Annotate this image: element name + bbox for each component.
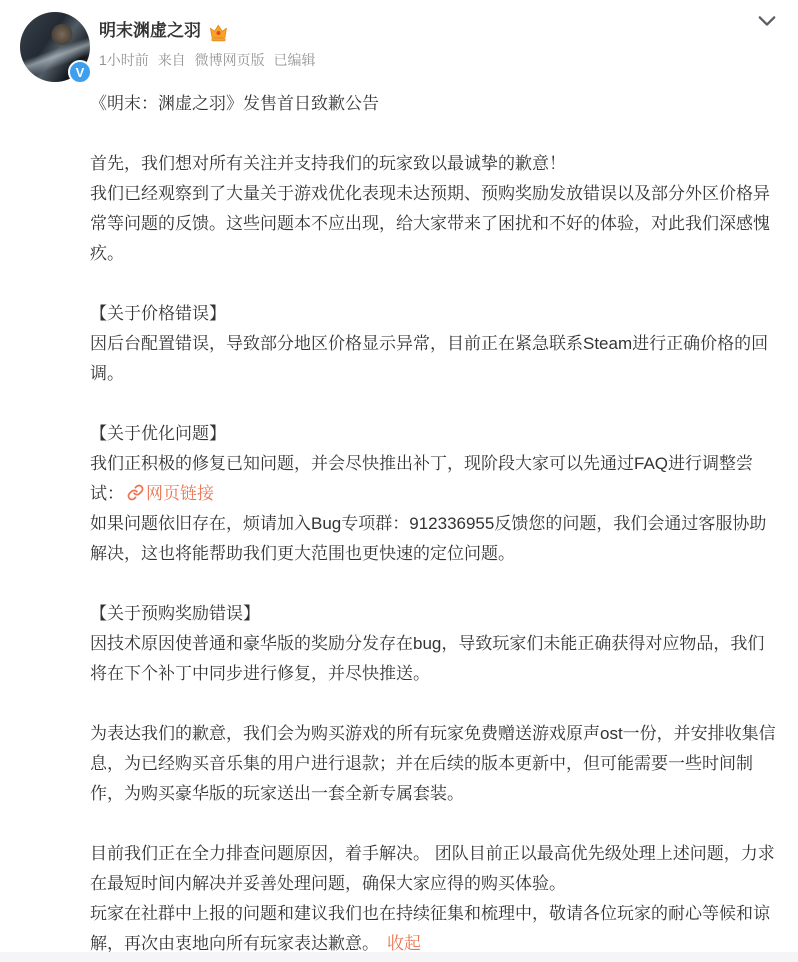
post-text: 我们已经观察到了大量关于游戏优化表现未达预期、预购奖励发放错误以及部分外区价格异…	[90, 184, 770, 263]
post-text: 目前我们正在全力排查问题原因，着手解决。 团队目前正以最高优先级处理上述问题，力…	[90, 844, 775, 893]
web-link[interactable]: 网页链接	[124, 484, 214, 503]
collapse-link[interactable]: 收起	[387, 934, 421, 953]
avatar[interactable]: V	[20, 12, 90, 82]
weibo-post: V 明末渊虚之羽 1小时前 来自 微博网页版 已编辑	[0, 0, 798, 959]
post-line: 【关于价格错误】	[90, 299, 776, 329]
post-line: 玩家在社群中上报的问题和建议我们也在持续征集和梳理中，敬请各位玩家的耐心等候和谅…	[90, 899, 776, 959]
post-paragraph: 首先，我们想对所有关注并支持我们的玩家致以最诚挚的歉意！我们已经观察到了大量关于…	[90, 149, 776, 269]
post-line: 【关于优化问题】	[90, 419, 776, 449]
post-text: 《明末：渊虚之羽》发售首日致歉公告	[90, 94, 379, 113]
post-paragraph: 目前我们正在全力排查问题原因，着手解决。 团队目前正以最高优先级处理上述问题，力…	[90, 839, 776, 959]
source-prefix: 来自	[158, 52, 186, 68]
post-line: 我们正积极的修复已知问题，并会尽快推出补丁，现阶段大家可以先通过FAQ进行调整尝…	[90, 449, 776, 509]
post-line: 因后台配置错误，导致部分地区价格显示异常，目前正在紧急联系Steam进行正确价格…	[90, 329, 776, 389]
post-line: 如果问题依旧存在，烦请加入Bug专项群：912336955反馈您的问题，我们会通…	[90, 509, 776, 569]
footer-divider	[0, 952, 798, 962]
post-line: 首先，我们想对所有关注并支持我们的玩家致以最诚挚的歉意！	[90, 149, 776, 179]
post-text: 【关于预购奖励错误】	[90, 604, 260, 623]
post-line: 目前我们正在全力排查问题原因，着手解决。 团队目前正以最高优先级处理上述问题，力…	[90, 839, 776, 899]
post-paragraph: 为表达我们的歉意，我们会为购买游戏的所有玩家免费赠送游戏原声ost一份，并安排收…	[90, 719, 776, 809]
post-text: 因后台配置错误，导致部分地区价格显示异常，目前正在紧急联系Steam进行正确价格…	[90, 334, 768, 383]
post-paragraph: 【关于预购奖励错误】因技术原因使普通和豪华版的奖励分发存在bug，导致玩家们未能…	[90, 599, 776, 689]
post-paragraph: 【关于价格错误】因后台配置错误，导致部分地区价格显示异常，目前正在紧急联系Ste…	[90, 299, 776, 389]
post-text: 因技术原因使普通和豪华版的奖励分发存在bug，导致玩家们未能正确获得对应物品，我…	[90, 634, 764, 683]
post-line: 《明末：渊虚之羽》发售首日致歉公告	[90, 89, 776, 119]
chevron-down-icon[interactable]	[756, 12, 778, 30]
post-text: 玩家在社群中上报的问题和建议我们也在持续征集和梳理中，敬请各位玩家的耐心等候和谅…	[90, 904, 770, 953]
header-text: 明末渊虚之羽 1小时前 来自 微博网页版 已编辑	[99, 12, 320, 69]
timestamp[interactable]: 1小时前	[99, 52, 149, 68]
crown-icon	[207, 20, 230, 43]
post-text: 如果问题依旧存在，烦请加入Bug专项群：912336955反馈您的问题，我们会通…	[90, 514, 766, 563]
web-link-label: 网页链接	[146, 484, 214, 503]
username[interactable]: 明末渊虚之羽	[99, 19, 201, 43]
post-line: 因技术原因使普通和豪华版的奖励分发存在bug，导致玩家们未能正确获得对应物品，我…	[90, 629, 776, 689]
post-text: 【关于价格错误】	[90, 304, 226, 323]
post-line: 【关于预购奖励错误】	[90, 599, 776, 629]
post-text: 为表达我们的歉意，我们会为购买游戏的所有玩家免费赠送游戏原声ost一份，并安排收…	[90, 724, 776, 803]
post-header: V 明末渊虚之羽 1小时前 来自 微博网页版 已编辑	[0, 0, 798, 82]
post-paragraph: 《明末：渊虚之羽》发售首日致歉公告	[90, 89, 776, 119]
post-text: 【关于优化问题】	[90, 424, 226, 443]
post-content: 《明末：渊虚之羽》发售首日致歉公告首先，我们想对所有关注并支持我们的玩家致以最诚…	[0, 82, 798, 959]
post-text: 首先，我们想对所有关注并支持我们的玩家致以最诚挚的歉意！	[90, 154, 566, 173]
link-icon	[127, 484, 144, 501]
post-line: 为表达我们的歉意，我们会为购买游戏的所有玩家免费赠送游戏原声ost一份，并安排收…	[90, 719, 776, 809]
edited-label: 已编辑	[273, 52, 315, 68]
post-line: 我们已经观察到了大量关于游戏优化表现未达预期、预购奖励发放错误以及部分外区价格异…	[90, 179, 776, 269]
source-link[interactable]: 微博网页版	[195, 52, 265, 68]
post-paragraph: 【关于优化问题】我们正积极的修复已知问题，并会尽快推出补丁，现阶段大家可以先通过…	[90, 419, 776, 569]
verified-v-icon: V	[68, 60, 92, 84]
post-meta: 1小时前 来自 微博网页版 已编辑	[99, 51, 320, 69]
